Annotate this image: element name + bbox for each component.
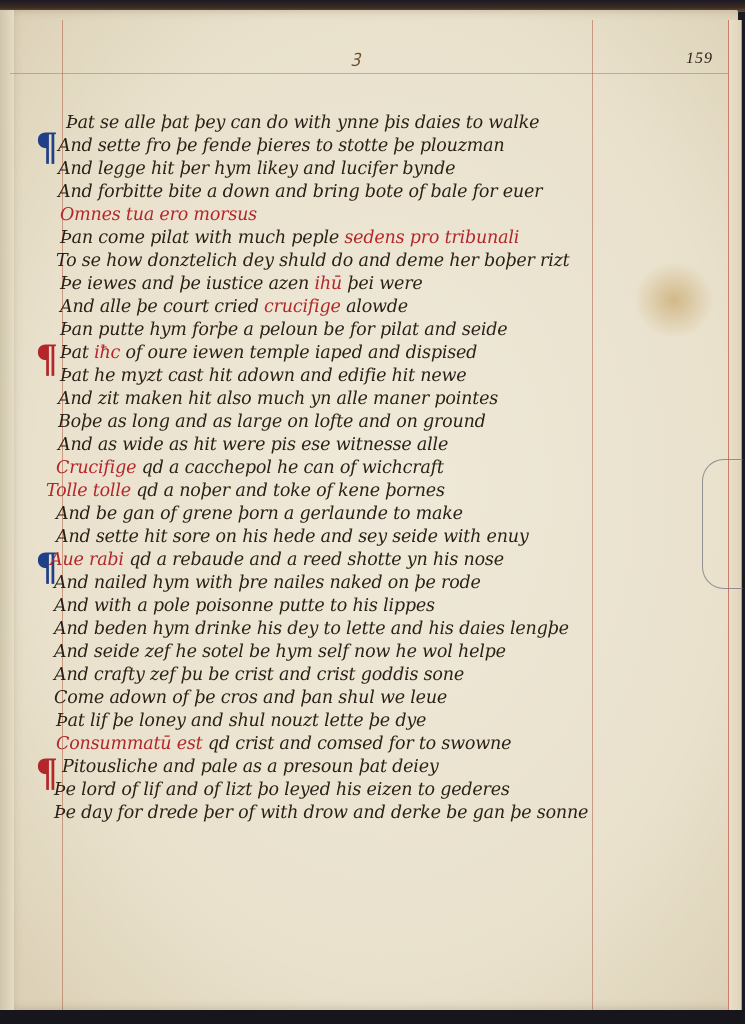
text-line: And crafty zef þu be crist and crist god… — [46, 664, 646, 687]
text-line: Þat lif þe loney and shul nouzt lette þe… — [46, 710, 646, 733]
text-line: Tolle tolle qd a noþer and toke of kene … — [46, 480, 646, 503]
text-line: Aue rabi qd a rebaude and a reed shotte … — [46, 549, 646, 572]
text-line: And sette hit sore on his hede and sey s… — [46, 526, 646, 549]
text-line: And legge hit þer hym likey and lucifer … — [46, 158, 646, 181]
text-line: Come adown of þe cros and þan shul we le… — [46, 687, 646, 710]
quire-mark: ꝫ — [352, 44, 361, 67]
text-line: And zit maken hit also much yn alle mane… — [46, 388, 646, 411]
text-line: Pitousliche and pale as a presoun þat de… — [46, 756, 646, 779]
text-line: Boþe as long and as large on lofte and o… — [46, 411, 646, 434]
clasp-strap-outline — [702, 459, 743, 589]
text-line: And be gan of grene þorn a gerlaunde to … — [46, 503, 646, 526]
text-line: Þat iħc of oure iewen temple iaped and d… — [46, 342, 646, 365]
text-line: Consummatū est qd crist and comsed for t… — [46, 733, 646, 756]
text-line: And nailed hym with þre nailes naked on … — [46, 572, 646, 595]
text-line: Crucifige qd a cacchepol he can of wichc… — [46, 457, 646, 480]
text-line: Þan come pilat with much peple sedens pr… — [46, 227, 646, 250]
text-line: And alle þe court cried crucifige alowde — [46, 296, 646, 319]
text-line: Þat se alle þat þey can do with ynne þis… — [46, 112, 646, 135]
text-line: Þe lord of lif and of lizt þo leyed his … — [46, 779, 646, 802]
text-line: Þan putte hym forþe a peloun be for pila… — [46, 319, 646, 342]
text-line: And forbitte bite a down and bring bote … — [46, 181, 646, 204]
text-line: And with a pole poisonne putte to his li… — [46, 595, 646, 618]
book-bottom-edge — [0, 1010, 745, 1024]
text-line: And as wide as hit were pis ese witnesse… — [46, 434, 646, 457]
text-line: And seide zef he sotel be hym self now h… — [46, 641, 646, 664]
text-line: To se how donztelich dey shuld do and de… — [46, 250, 646, 273]
folio-number: 159 — [686, 50, 713, 68]
text-line: Þe day for drede þer of with drow and de… — [46, 802, 646, 825]
rubric-line: Omnes tua ero morsus — [46, 204, 646, 227]
manuscript-text-block: Þat se alle þat þey can do with ynne þis… — [46, 112, 646, 825]
text-line: And sette fro þe fende þieres to stotte … — [46, 135, 646, 158]
text-line: And beden hym drinke his dey to lette an… — [46, 618, 646, 641]
page-gutter — [0, 10, 14, 1010]
text-line: Þat he myzt cast hit adown and edifie hi… — [46, 365, 646, 388]
text-line: Þe iewes and þe iustice azen ihū þei wer… — [46, 273, 646, 296]
top-ruling-line — [10, 73, 730, 74]
